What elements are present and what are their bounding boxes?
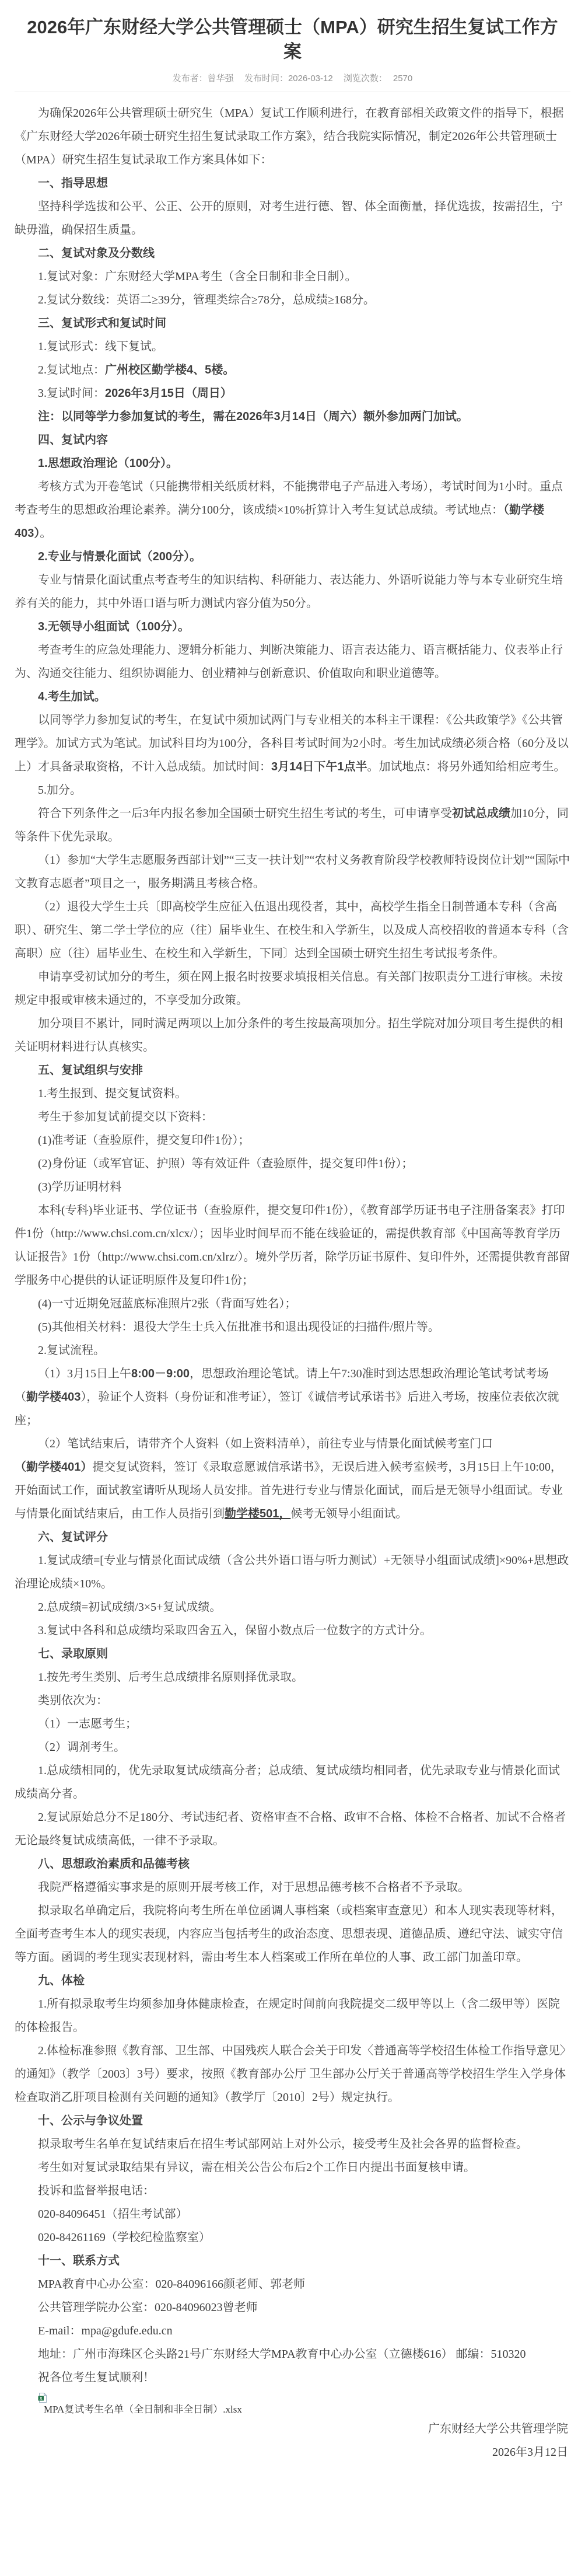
paragraph: 4.考生加试。	[15, 685, 570, 708]
section-heading: 一、指导思想	[15, 172, 570, 195]
paragraph: 1.复试形式：线下复试。	[15, 335, 570, 358]
attachment-row: X MPA复试考生名单（全日制和非全日制）.xlsx	[38, 2393, 570, 2417]
paragraph: 符合下列条件之一后3年内报名参加全国硕士研究生招生考试的考生，可申请享受初试总成…	[15, 802, 570, 849]
paragraph: （1）3月15日上午8:00－9:00，思想政治理论笔试。请上午7:30准时到达…	[15, 1362, 570, 1432]
paragraph: (5)其他相关材料：退役大学生士兵入伍批准书和退出现役证的扫描件/照片等。	[15, 1315, 570, 1339]
attachment-link[interactable]: MPA复试考生名单（全日制和非全日制）.xlsx	[44, 2403, 242, 2417]
signature-block: 广东财经大学公共管理学院 2026年3月12日	[15, 2417, 570, 2464]
svg-text:X: X	[40, 2397, 43, 2401]
paragraph: (2)身份证（或军官证、护照）等有效证件（查验原件，提交复印件1份）；	[15, 1152, 570, 1175]
paragraph: （1）参加“大学生志愿服务西部计划”“三支一扶计划”“农村义务教育阶段学校教师特…	[15, 849, 570, 895]
paragraph: 考生于参加复试前提交以下资料：	[15, 1105, 570, 1129]
paragraph: 考查考生的应急处理能力、逻辑分析能力、判断决策能力、语言表达能力、语言概括能力、…	[15, 638, 570, 685]
publish-time-value: 2026-03-12	[288, 74, 333, 83]
paragraph: 考核方式为开卷笔试（只能携带相关纸质材料，不能携带电子产品进入考场），考试时间为…	[15, 475, 570, 545]
article-meta: 发布者：曾华强 发布时间：2026-03-12 浏览次数：2570	[15, 72, 570, 84]
paragraph: (4)一寸近期免冠蓝底标准照片2张（背面写姓名）；	[15, 1292, 570, 1315]
signature-date: 2026年3月12日	[15, 2441, 570, 2464]
paragraph: (1)准考证（查验原件，提交复印件1份）；	[15, 1129, 570, 1152]
publish-time-label: 发布时间：	[244, 74, 288, 83]
paragraph: 1.按先考生类别、后考生总成绩排名原则择优录取。	[15, 1666, 570, 1689]
paragraph: 公共管理学院办公室：020-84096023曾老师	[15, 2296, 570, 2319]
section-heading: 四、复试内容	[15, 428, 570, 452]
paragraph: 1.思想政治理论（100分）。	[15, 452, 570, 475]
document-body: 为确保2026年公共管理硕士研究生（MPA）复试工作顺利进行，在教育部相关政策文…	[15, 102, 570, 2389]
signature-organization: 广东财经大学公共管理学院	[15, 2417, 570, 2441]
paragraph: E-mail：mpa@gdufe.edu.cn	[15, 2319, 570, 2343]
section-heading: 六、复试评分	[15, 1526, 570, 1549]
header-divider	[15, 92, 570, 92]
article-page: 2026年广东财经大学公共管理硕士（MPA）研究生招生复试工作方案 发布者：曾华…	[0, 15, 585, 2487]
paragraph: 祝各位考生复试顺利！	[15, 2366, 570, 2389]
section-heading: 九、体检	[15, 1969, 570, 1992]
paragraph: 拟录取考生名单在复试结束后在招生考试部网站上对外公示，接受考生及社会各界的监督检…	[15, 2132, 570, 2156]
paragraph: 考生如对复试录取结果有异议，需在相关公告公布后2个工作日内提出书面复核申请。	[15, 2156, 570, 2179]
paragraph: 2.体检标准参照《教育部、卫生部、中国残疾人联合会关于印发〈普通高等学校招生体检…	[15, 2039, 570, 2109]
paragraph: 投诉和监督举报电话：	[15, 2179, 570, 2202]
publisher-label: 发布者：	[173, 74, 208, 83]
paragraph: （1）一志愿考生；	[15, 1712, 570, 1736]
paragraph: 坚持科学选拔和公平、公正、公开的原则，对考生进行德、智、体全面衡量，择优选拔，按…	[15, 195, 570, 242]
section-heading: 八、思想政治素质和品德考核	[15, 1852, 570, 1876]
paragraph: 1.复试对象：广东财经大学MPA考生（含全日制和非全日制）。	[15, 265, 570, 288]
paragraph: （2）笔试结束后，请带齐个人资料（如上资料清单），前往专业与情景化面试候考室门口…	[15, 1432, 570, 1526]
paragraph: 1.考生报到、提交复试资料。	[15, 1082, 570, 1105]
paragraph: （2）调剂考生。	[15, 1736, 570, 1759]
paragraph: 以同等学力参加复试的考生，在复试中须加试两门与专业相关的本科主干课程：《公共政策…	[15, 708, 570, 779]
paragraph: 3.无领导小组面试（100分）。	[15, 615, 570, 638]
section-heading: 七、录取原则	[15, 1642, 570, 1666]
paragraph: 1.复试成绩=[专业与情景化面试成绩（含公共外语口语与听力测试）+无领导小组面试…	[15, 1549, 570, 1596]
publisher-value: 曾华强	[208, 74, 234, 83]
paragraph: 020-84261169（学校纪检监察室）	[15, 2226, 570, 2249]
section-heading: 二、复试对象及分数线	[15, 242, 570, 265]
paragraph: 为确保2026年公共管理硕士研究生（MPA）复试工作顺利进行，在教育部相关政策文…	[15, 102, 570, 172]
section-heading: 三、复试形式和复试时间	[15, 312, 570, 335]
paragraph: 加分项目不累计，同时满足两项以上加分条件的考生按最高项加分。招生学院对加分项目考…	[15, 1012, 570, 1059]
paragraph: (3)学历证明材料	[15, 1175, 570, 1199]
paragraph: 2.复试原始总分不足180分、考试违纪者、资格审查不合格、政审不合格、体检不合格…	[15, 1806, 570, 1852]
paragraph: 注：以同等学力参加复试的考生，需在2026年3月14日（周六）额外参加两门加试。	[15, 405, 570, 428]
paragraph: 020-84096451（招生考试部）	[15, 2202, 570, 2226]
paragraph: 1.所有拟录取考生均须参加身体健康检查，在规定时间前向我院提交二级甲等以上（含二…	[15, 1992, 570, 2039]
paragraph: 本科(专科)毕业证书、学位证书（查验原件，提交复印件1份），《教育部学历证书电子…	[15, 1199, 570, 1292]
views-label: 浏览次数：	[344, 74, 387, 83]
paragraph: 专业与情景化面试重点考查考生的知识结构、科研能力、表达能力、外语听说能力等与本专…	[15, 568, 570, 615]
section-heading: 十一、联系方式	[15, 2249, 570, 2273]
paragraph: 类别依次为：	[15, 1689, 570, 1712]
paragraph: 我院严格遵循实事求是的原则开展考核工作，对于思想品德考核不合格者不予录取。	[15, 1876, 570, 1899]
paragraph: MPA教育中心办公室：020-84096166颜老师、郭老师	[15, 2273, 570, 2296]
views-value: 2570	[393, 74, 412, 83]
paragraph: 1.总成绩相同的，优先录取复试成绩高分者；总成绩、复试成绩均相同者，优先录取专业…	[15, 1759, 570, 1806]
paragraph: 5.加分。	[15, 779, 570, 802]
paragraph: 申请享受初试加分的考生，须在网上报名时按要求填报相关信息。有关部门按职责分工进行…	[15, 965, 570, 1012]
paragraph: 2.复试分数线：英语二≥39分，管理类综合≥78分，总成绩≥168分。	[15, 288, 570, 312]
paragraph: 地址：广州市海珠区仑头路21号广东财经大学MPA教育中心办公室（立德楼616） …	[15, 2343, 570, 2366]
paragraph: 2.专业与情景化面试（200分）。	[15, 545, 570, 568]
paragraph: 2.复试流程。	[15, 1339, 570, 1362]
paragraph: 2.总成绩=初试成绩/3×5+复试成绩。	[15, 1596, 570, 1619]
excel-file-icon: X	[38, 2393, 47, 2403]
section-heading: 五、复试组织与安排	[15, 1059, 570, 1082]
paragraph: 3.复试时间：2026年3月15日（周日）	[15, 382, 570, 405]
paragraph: 拟录取名单确定后，我院将向考生所在单位函调人事档案（或档案审查意见）和本人现实表…	[15, 1899, 570, 1969]
paragraph: 3.复试中各科和总成绩均采取四舍五入，保留小数点后一位数字的方式计分。	[15, 1619, 570, 1642]
paragraph: （2）退役大学生士兵〔即高校学生应征入伍退出现役者，其中，高校学生指全日制普通本…	[15, 895, 570, 965]
section-heading: 十、公示与争议处置	[15, 2109, 570, 2132]
page-title: 2026年广东财经大学公共管理硕士（MPA）研究生招生复试工作方案	[18, 15, 567, 64]
paragraph: 2.复试地点：广州校区勤学楼4、5楼。	[15, 358, 570, 382]
